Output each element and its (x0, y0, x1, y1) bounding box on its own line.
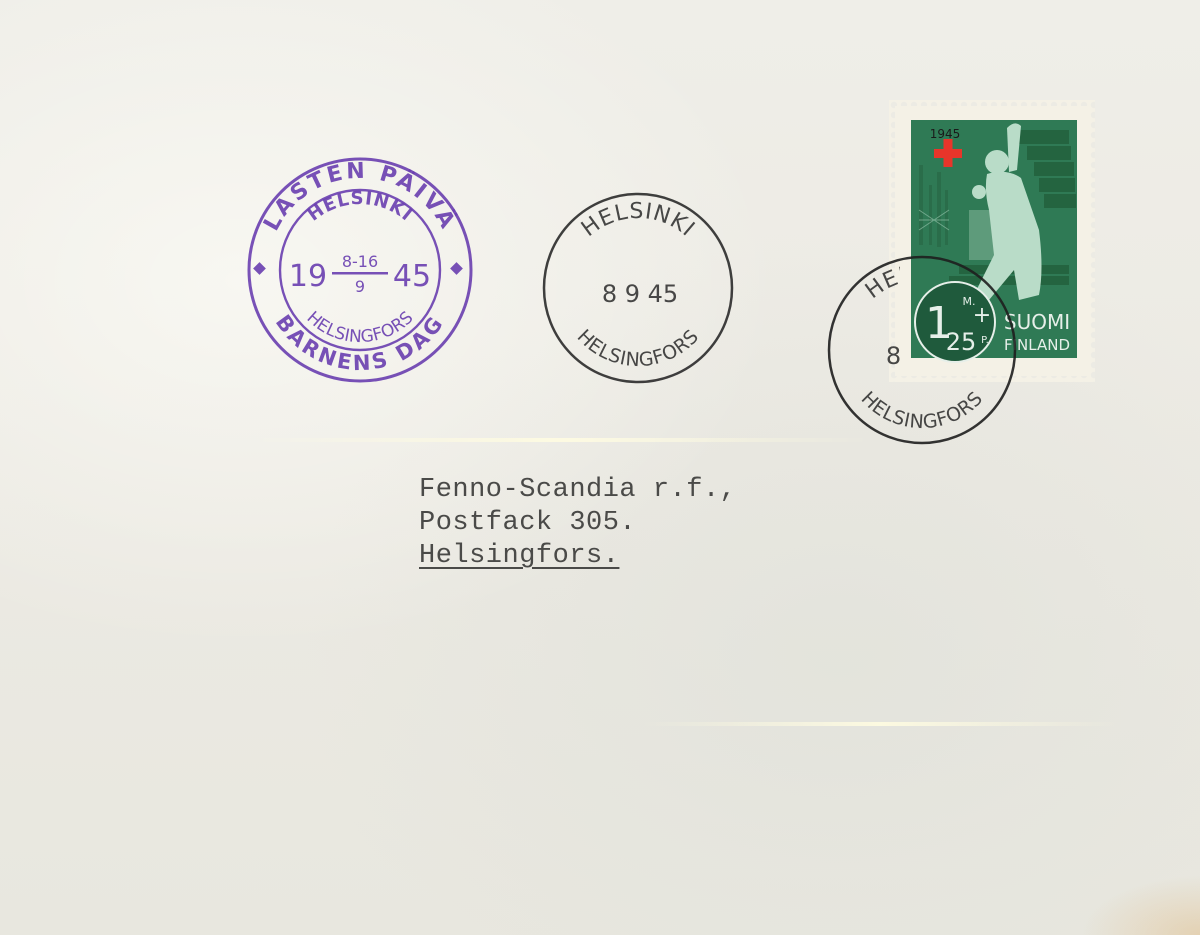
envelope: LASTEN PÄIVÄ BARNENS DAG HELSINKI HELSIN… (0, 0, 1200, 935)
commemorative-cancel: LASTEN PÄIVÄ BARNENS DAG HELSINKI HELSIN… (240, 150, 480, 390)
paper-fold-crease (250, 438, 870, 442)
paper-fold-crease (640, 722, 1120, 726)
cancel-year-left: 19 (289, 259, 327, 294)
postmark-bottom-text: HELSINGFORS (857, 387, 988, 433)
postmark-helsinki-2: HELSINKI HELSINGFORS 8 9 45 (822, 252, 1022, 452)
postmark-date: 8 9 45 (602, 280, 678, 308)
diamond-ornament-icon (253, 262, 266, 275)
address-line-1: Fenno-Scandia r.f., (419, 474, 736, 507)
cancel-date-denominator: 9 (355, 277, 365, 296)
postmark-bottom-text: HELSINGFORS (573, 325, 704, 371)
paper-stain (1080, 875, 1200, 935)
postmark-date: 8 9 45 (886, 342, 962, 370)
postmark-helsinki-1: HELSINKI HELSINGFORS 8 9 45 (538, 190, 738, 390)
svg-text:HELSINGFORS: HELSINGFORS (573, 325, 704, 371)
address-line-3: Helsingfors. (419, 540, 736, 573)
cancel-date-numerator: 8-16 (342, 252, 378, 271)
recipient-address: Fenno-Scandia r.f., Postfack 305. Helsin… (419, 474, 736, 573)
stamp-year: 1945 (930, 127, 961, 141)
address-line-2: Postfack 305. (419, 507, 736, 540)
svg-text:HELSINGFORS: HELSINGFORS (857, 387, 988, 433)
cancel-year-right: 45 (393, 259, 431, 294)
diamond-ornament-icon (450, 262, 463, 275)
